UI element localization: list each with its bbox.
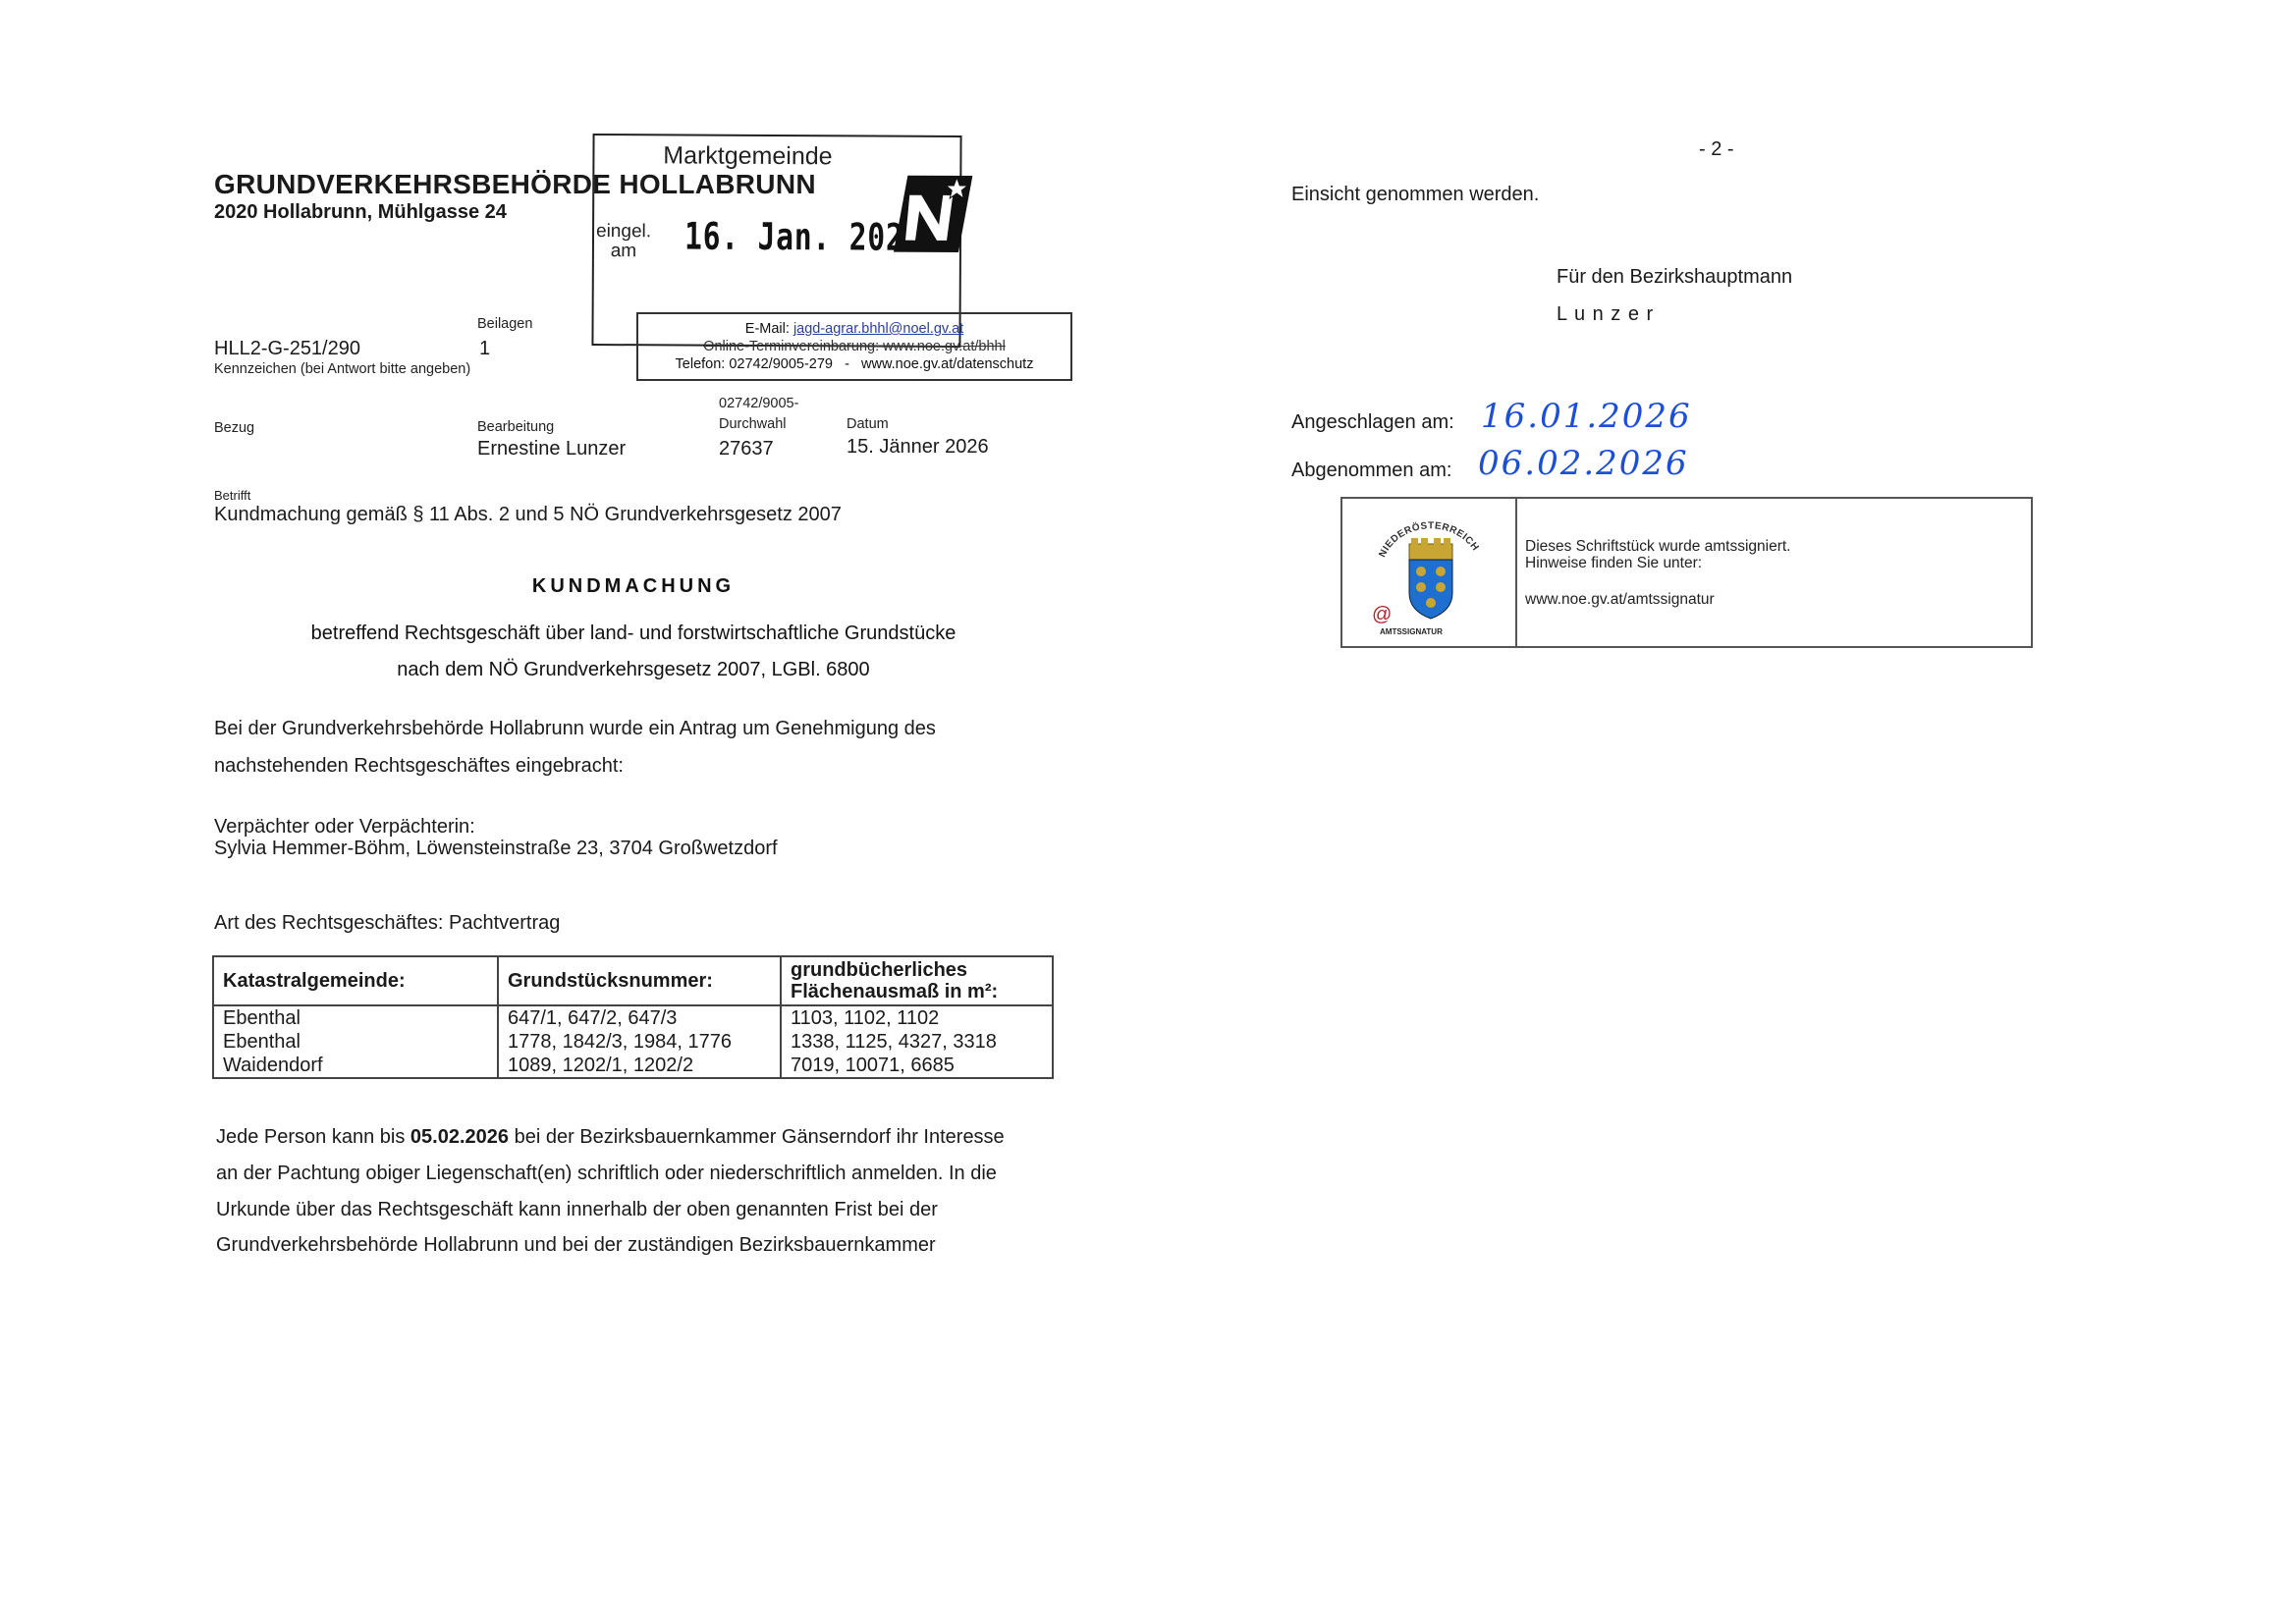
header-area-line-2: Flächenausmaß in m²: xyxy=(791,981,998,1002)
continuation-text: Einsicht genommen werden. xyxy=(1291,184,1539,206)
intro-line-1: Bei der Grundverkehrsbehörde Hollabrunn … xyxy=(214,718,936,740)
closing-line-1-b: bei der Bezirksbauernkammer Gänserndorf … xyxy=(509,1126,1005,1148)
notice-line-2: nach dem NÖ Grundverkehrsgesetz 2007, LG… xyxy=(0,659,1267,681)
lessor-value: Sylvia Hemmer-Böhm, Löwensteinstraße 23,… xyxy=(214,838,778,860)
header-cadastral: Katastralgemeinde: xyxy=(213,956,498,1005)
beilagen-value: 1 xyxy=(479,338,490,360)
page-number: - 2 - xyxy=(1699,138,1734,161)
datum-label: Datum xyxy=(847,416,889,432)
signature-name: L u n z e r xyxy=(1557,303,1654,326)
cell-cadastral: Ebenthal xyxy=(213,1030,498,1054)
removed-date-handwritten: 06.02.2026 xyxy=(1478,444,1689,483)
signature-box-divider xyxy=(1515,499,1517,646)
subject-label: Betrifft xyxy=(214,488,250,503)
privacy-link[interactable]: www.noe.gv.at/datenschutz xyxy=(861,356,1033,372)
signature-text-1: Dieses Schriftstück wurde amtssigniert. xyxy=(1525,538,1790,555)
header-parcel-number: Grundstücksnummer: xyxy=(498,956,781,1005)
durchwahl-label: Durchwahl xyxy=(719,416,787,432)
noe-logo-icon xyxy=(894,174,972,254)
official-signature-box: NIEDERÖSTERREICH @ AMTSSIGNATUR Dieses S… xyxy=(1340,497,2033,648)
posted-date-handwritten: 16.01.2026 xyxy=(1481,397,1692,436)
table-header-row: Katastralgemeinde: Grundstücksnummer: gr… xyxy=(213,956,1053,1005)
signature-notice: Dieses Schriftstück wurde amtssigniert. … xyxy=(1525,538,1790,571)
reference-number: HLL2-G-251/290 xyxy=(214,338,360,360)
cell-area: 1103, 1102, 1102 xyxy=(781,1005,1053,1030)
closing-line-3: Urkunde über das Rechtsgeschäft kann inn… xyxy=(216,1199,938,1221)
posted-label: Angeschlagen am: xyxy=(1291,411,1454,434)
cell-cadastral: Waidendorf xyxy=(213,1054,498,1078)
cell-parcel: 1089, 1202/1, 1202/2 xyxy=(498,1054,781,1078)
cell-parcel: 647/1, 647/2, 647/3 xyxy=(498,1005,781,1030)
stamp-received-label-1: eingel. xyxy=(596,221,651,242)
signature-for: Für den Bezirkshauptmann xyxy=(1557,266,1792,289)
svg-text:AMTSSIGNATUR: AMTSSIGNATUR xyxy=(1380,627,1443,636)
online-appointment-link[interactable]: www.noe.gv.at/bhhl xyxy=(883,339,1006,354)
removed-label: Abgenommen am: xyxy=(1291,460,1451,482)
table-row: Waidendorf 1089, 1202/1, 1202/2 7019, 10… xyxy=(213,1054,1053,1078)
stamp-received-label: eingel. am xyxy=(596,222,651,261)
bezug-label: Bezug xyxy=(214,420,254,436)
notice-heading: KUNDMACHUNG xyxy=(0,575,1267,598)
email-link[interactable]: jagd-agrar.bhhl@noel.gv.at xyxy=(793,321,963,337)
stamp-received-date: 16. Jan. 2026 xyxy=(684,215,922,259)
closing-line-1-a: Jede Person kann bis xyxy=(216,1126,410,1148)
closing-line-1: Jede Person kann bis 05.02.2026 bei der … xyxy=(216,1126,1005,1149)
beilagen-label: Beilagen xyxy=(477,316,532,332)
transaction-type: Art des Rechtsgeschäftes: Pachtvertrag xyxy=(214,912,560,935)
durchwahl-prefix: 02742/9005- xyxy=(719,396,798,411)
lessor-label: Verpächter oder Verpächterin: xyxy=(214,816,475,839)
closing-line-2: an der Pachtung obiger Liegenschaft(en) … xyxy=(216,1163,997,1185)
stamp-received-label-2: am xyxy=(611,241,637,261)
svg-text:@: @ xyxy=(1372,604,1392,625)
notice-line-1: betreffend Rechtsgeschäft über land- und… xyxy=(0,623,1267,645)
durchwahl-value: 27637 xyxy=(719,438,774,460)
reference-label: Kennzeichen (bei Antwort bitte angeben) xyxy=(214,361,470,377)
datum-value: 15. Jänner 2026 xyxy=(847,436,989,459)
separator: - xyxy=(845,356,849,372)
subject-text: Kundmachung gemäß § 11 Abs. 2 und 5 NÖ G… xyxy=(214,504,842,526)
cell-parcel: 1778, 1842/3, 1984, 1776 xyxy=(498,1030,781,1054)
coat-of-arms-icon: NIEDERÖSTERREICH @ AMTSSIGNATUR xyxy=(1362,509,1500,640)
cell-area: 1338, 1125, 4327, 3318 xyxy=(781,1030,1053,1054)
cell-area: 7019, 10071, 6685 xyxy=(781,1054,1053,1078)
online-appointment-label: Online-Terminvereinbarung: xyxy=(703,339,879,354)
email-label: E-Mail: xyxy=(745,321,790,337)
bearbeitung-label: Bearbeitung xyxy=(477,419,554,435)
parcel-table: Katastralgemeinde: Grundstücksnummer: gr… xyxy=(212,955,1054,1079)
bearbeitung-value: Ernestine Lunzer xyxy=(477,438,626,460)
table-row: Ebenthal 1778, 1842/3, 1984, 1776 1338, … xyxy=(213,1030,1053,1054)
signature-text-2: Hinweise finden Sie unter: xyxy=(1525,555,1702,571)
cell-cadastral: Ebenthal xyxy=(213,1005,498,1030)
closing-line-4: Grundverkehrsbehörde Hollabrunn und bei … xyxy=(216,1234,936,1257)
header-area-line-1: grundbücherliches xyxy=(791,959,967,981)
signature-url[interactable]: www.noe.gv.at/amtssignatur xyxy=(1525,591,1715,609)
contact-box: E-Mail: jagd-agrar.bhhl@noel.gv.at Onlin… xyxy=(636,312,1072,381)
intro-line-2: nachstehenden Rechtsgeschäftes eingebrac… xyxy=(214,755,624,778)
authority-address: 2020 Hollabrunn, Mühlgasse 24 xyxy=(214,201,507,224)
deadline-date: 05.02.2026 xyxy=(410,1126,509,1148)
table-row: Ebenthal 647/1, 647/2, 647/3 1103, 1102,… xyxy=(213,1005,1053,1030)
header-area: grundbücherliches Flächenausmaß in m²: xyxy=(781,956,1053,1005)
stamp-organization: Marktgemeinde xyxy=(594,141,901,172)
phone-number: Telefon: 02742/9005-279 xyxy=(676,356,833,372)
